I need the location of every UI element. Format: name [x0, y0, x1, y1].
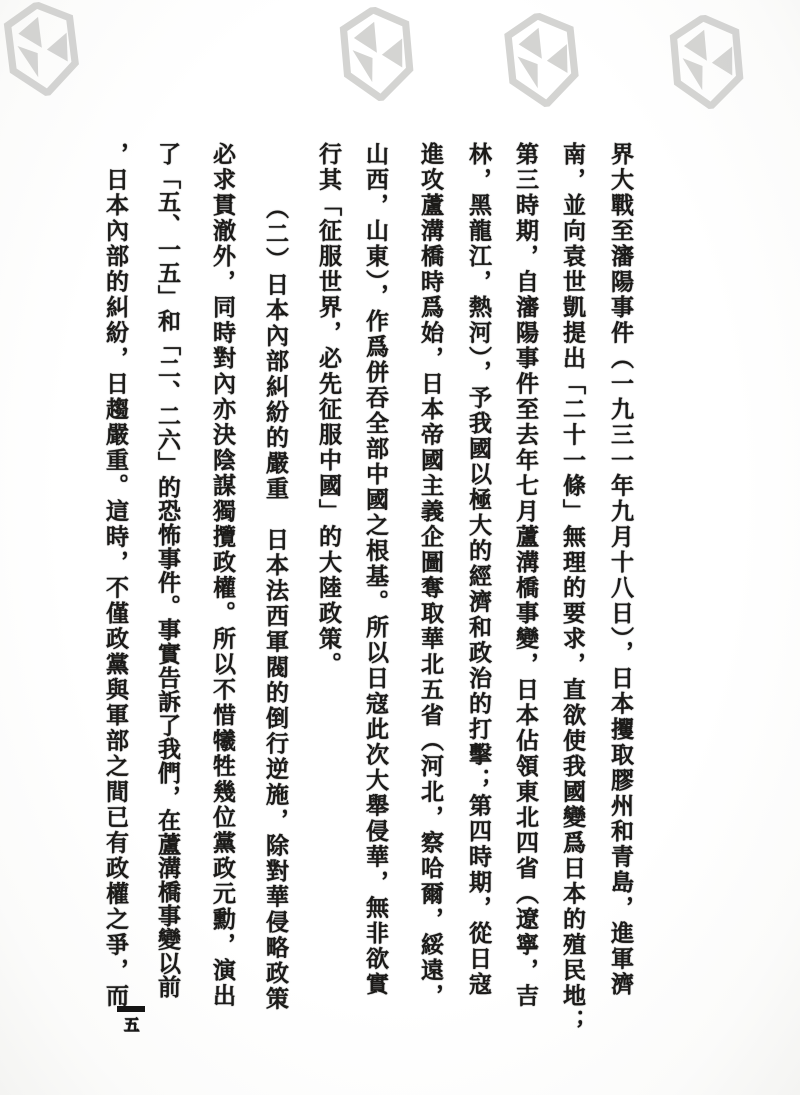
- text-column-4: 林，黑龍江，熱河），予我國以極大的經濟和政治的打擊；第四時期，從日寇: [459, 142, 497, 1032]
- text-column-8-section-heading: （二）日本內部糾紛的嚴重 日本法西軍閥的倒行逆施，除對華侵略政策: [256, 196, 294, 1032]
- text-column-11: ，日本內部的糾紛，日趨嚴重。這時，不僅政黨與軍部之間已有政權之爭，而: [96, 142, 134, 1032]
- text-column-7: 行其「征服世界，必先征服中國」的大陸政策。: [309, 142, 347, 1032]
- page-number: 五: [117, 1006, 145, 1035]
- text-column-3: 第三時期，自瀋陽事件至去年七月蘆溝橋事變，日本佔領東北四省（遼寧，吉: [506, 142, 544, 1032]
- watermark-logo-icon: [501, 9, 582, 110]
- watermark-logo-icon: [1, 0, 84, 100]
- scanned-page: { "document": { "ink_color": "#1b1a18", …: [0, 0, 800, 1095]
- text-column-5: 進攻蘆溝橋時爲始，日本帝國主義企圖奪取華北五省（河北，察哈爾，綏遠，: [411, 142, 449, 1032]
- text-column-9: 必求貫澈外，同時對內亦決陰謀獨攬政權。所以不惜犧牲幾位黨政元勳，演出: [203, 142, 241, 1032]
- text-column-10: 了「五、一五」和「二、二六」的恐怖事件。事實告訴了我們，在蘆溝橋事變以前: [148, 142, 186, 1032]
- watermark-logo-icon: [337, 4, 417, 104]
- watermark-logo-icon: [667, 12, 747, 112]
- text-column-1: 界大戰至瀋陽事件（一九三一年九月十八日），日本攫取膠州和青島，進軍濟: [601, 142, 639, 1032]
- text-column-2: 南，並向袁世凱提出「二十一條」無理的要求，直欲使我國變爲日本的殖民地；: [553, 142, 591, 1032]
- text-column-6: 山西，山東），作爲併吞全部中國之根基。所以日寇此次大舉侵華，無非欲實: [356, 142, 394, 1032]
